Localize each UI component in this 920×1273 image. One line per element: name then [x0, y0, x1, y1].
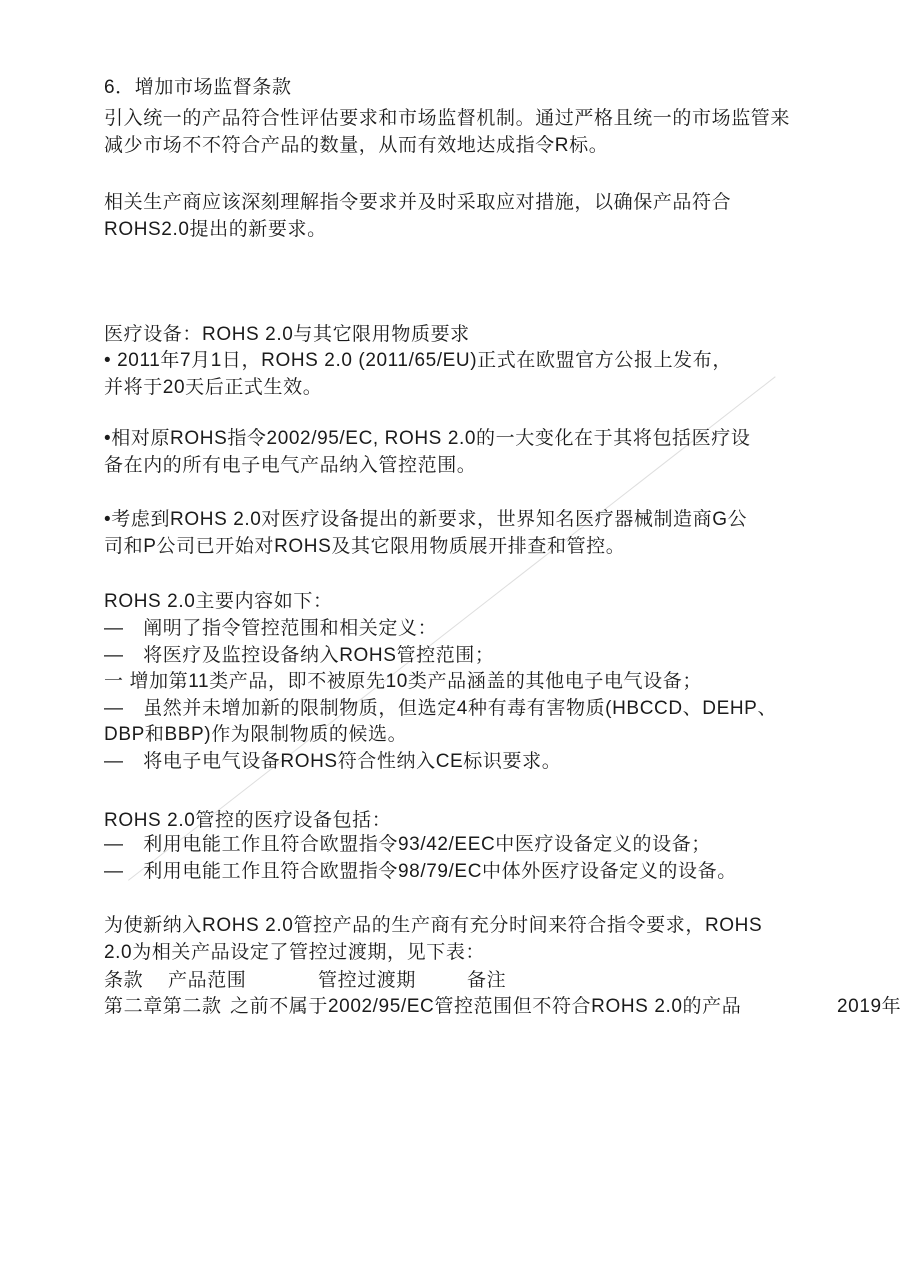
paragraph-line: 减少市场不不符合产品的数量，从而有效地达成指令R标。 — [104, 133, 790, 160]
main-content-heading-block: ROHS 2.0主要内容如下： — [104, 589, 333, 616]
paragraph-line: ROHS2.0提出的新要求。 — [104, 217, 731, 244]
list-item: 一 增加第11类产品，即不被原先10类产品涵盖的其他电子电气设备； — [104, 669, 777, 696]
bullet-line: •相对原ROHS指令2002/95/EC, ROHS 2.0的一大变化在于其将包… — [104, 426, 750, 453]
covered-devices-heading-block: ROHS 2.0管控的医疗设备包括： — [104, 808, 391, 835]
covered-devices-list: — 利用电能工作且符合欧盟指令93/42/EEC中医疗设备定义的设备； — 利用… — [104, 832, 737, 885]
table-cell-scope: 之前不属于2002/95/EC管控范围但不符合ROHS 2.0的产品 — [230, 994, 741, 1021]
paragraph-line: 2.0为相关产品设定了管控过渡期，见下表： — [104, 940, 762, 967]
paragraph-line: 为使新纳入ROHS 2.0管控产品的生产商有充分时间来符合指令要求，ROHS — [104, 913, 762, 940]
section6-heading: 6．增加市场监督条款 — [104, 75, 292, 102]
market-surveillance-paragraph: 引入统一的产品符合性评估要求和市场监督机制。通过严格且统一的市场监管来 减少市场… — [104, 106, 790, 159]
transition-table-row: 第二章第二款 之前不属于2002/95/EC管控范围但不符合ROHS 2.0的产… — [104, 994, 904, 1021]
table-header-remark: 备注 — [467, 968, 506, 995]
document-content: 6．增加市场监督条款 引入统一的产品符合性评估要求和市场监督机制。通过严格且统一… — [104, 0, 904, 1273]
table-header-row: 条款 产品范围 管控过渡期 备注 — [104, 968, 904, 995]
transition-paragraph: 为使新纳入ROHS 2.0管控产品的生产商有充分时间来符合指令要求，ROHS 2… — [104, 913, 762, 966]
paragraph-line: 相关生产商应该深刻理解指令要求并及时采取应对措施，以确保产品符合 — [104, 190, 731, 217]
list-item-continuation: DBP和BBP)作为限制物质的候选。 — [104, 722, 777, 749]
bullet-line: •考虑到ROHS 2.0对医疗设备提出的新要求，世界知名医疗器械制造商G公 — [104, 507, 747, 534]
covered-devices-heading: ROHS 2.0管控的医疗设备包括： — [104, 808, 391, 835]
table-header-clause: 条款 — [104, 968, 143, 995]
transition-table-header: 条款 产品范围 管控过渡期 备注 — [104, 968, 904, 995]
list-item: — 阐明了指令管控范围和相关定义： — [104, 616, 777, 643]
list-item: — 将医疗及监控设备纳入ROHS管控范围； — [104, 643, 777, 670]
medical-bullet-manufacturers: •考虑到ROHS 2.0对医疗设备提出的新要求，世界知名医疗器械制造商G公 司和… — [104, 507, 747, 560]
main-content-heading: ROHS 2.0主要内容如下： — [104, 589, 333, 616]
main-content-list: — 阐明了指令管控范围和相关定义： — 将医疗及监控设备纳入ROHS管控范围； … — [104, 616, 777, 776]
table-row: 第二章第二款 之前不属于2002/95/EC管控范围但不符合ROHS 2.0的产… — [104, 994, 904, 1021]
list-item: — 将电子电气设备ROHS符合性纳入CE标识要求。 — [104, 749, 777, 776]
table-header-scope: 产品范围 — [168, 968, 246, 995]
bullet-line: • 2011年7月1日，ROHS 2.0 (2011/65/EU)正式在欧盟官方… — [104, 348, 732, 375]
document-page: 6．增加市场监督条款 引入统一的产品符合性评估要求和市场监督机制。通过严格且统一… — [0, 0, 920, 1273]
medical-section-title-block: 医疗设备：ROHS 2.0与其它限用物质要求 — [104, 322, 470, 349]
table-cell-clause: 第二章第二款 — [104, 994, 222, 1021]
list-item: — 利用电能工作且符合欧盟指令93/42/EEC中医疗设备定义的设备； — [104, 832, 737, 859]
bullet-line: 并将于20天后正式生效。 — [104, 375, 732, 402]
medical-bullet-release: • 2011年7月1日，ROHS 2.0 (2011/65/EU)正式在欧盟官方… — [104, 348, 732, 401]
paragraph-line: 引入统一的产品符合性评估要求和市场监督机制。通过严格且统一的市场监管来 — [104, 106, 790, 133]
bullet-line: 备在内的所有电子电气产品纳入管控范围。 — [104, 453, 750, 480]
table-cell-period: 2019年 — [837, 994, 901, 1021]
bullet-line: 司和P公司已开始对ROHS及其它限用物质展开排查和管控。 — [104, 534, 747, 561]
section6-heading-block: 6．增加市场监督条款 — [104, 75, 292, 102]
producer-advice-paragraph: 相关生产商应该深刻理解指令要求并及时采取应对措施，以确保产品符合 ROHS2.0… — [104, 190, 731, 243]
list-item: — 利用电能工作且符合欧盟指令98/79/EC中体外医疗设备定义的设备。 — [104, 859, 737, 886]
table-header-period: 管控过渡期 — [318, 968, 416, 995]
medical-section-title: 医疗设备：ROHS 2.0与其它限用物质要求 — [104, 322, 470, 349]
list-item: — 虽然并未增加新的限制物质，但选定4种有毒有害物质(HBCCD、DEHP、 — [104, 696, 777, 723]
medical-bullet-change: •相对原ROHS指令2002/95/EC, ROHS 2.0的一大变化在于其将包… — [104, 426, 750, 479]
